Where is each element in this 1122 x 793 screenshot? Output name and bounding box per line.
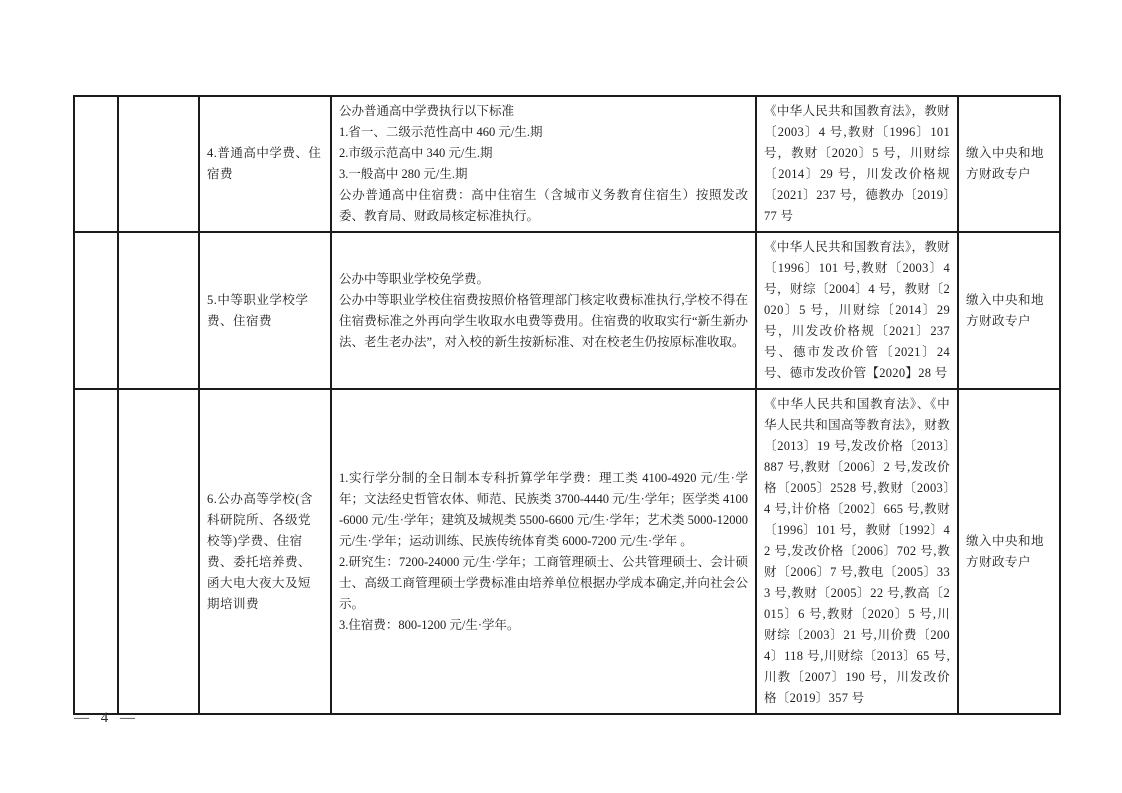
policy-basis-cell: 《中华人民共和国教育法》，教财〔1996〕101 号,教财〔2003〕4 号，财…	[756, 232, 958, 389]
fund-destination-text: 缴入中央和地方财政专户	[966, 531, 1052, 573]
fee-standards-table: 4.普通高中学费、住宿费 公办普通高中学费执行以下标准 1.省一、二级示范性高中…	[73, 95, 1061, 715]
fee-standard-line: 1.实行学分制的全日制本专科折算学年学费：理工类 4100-4920 元/生·学…	[339, 468, 748, 552]
fee-item-name: 6.公办高等学校(含科研院所、各级党校等)学费、住宿费、委托培养费、函大电大夜大…	[207, 489, 323, 615]
empty-cell	[74, 389, 118, 714]
fee-standard-cell: 1.实行学分制的全日制本专科折算学年学费：理工类 4100-4920 元/生·学…	[331, 389, 756, 714]
policy-basis-cell: 《中华人民共和国教育法》，教财〔2003〕4 号,教财〔1996〕101 号，教…	[756, 96, 958, 232]
fee-standard-line: 3.住宿费：800-1200 元/生·学年。	[339, 615, 748, 636]
table-row: 6.公办高等学校(含科研院所、各级党校等)学费、住宿费、委托培养费、函大电大夜大…	[74, 389, 1060, 714]
policy-basis-text: 《中华人民共和国教育法》、《中华人民共和国高等教育法》，财教〔2013〕19 号…	[764, 394, 950, 709]
fee-item-cell: 6.公办高等学校(含科研院所、各级党校等)学费、住宿费、委托培养费、函大电大夜大…	[199, 389, 331, 714]
fee-item-name: 4.普通高中学费、住宿费	[207, 143, 323, 185]
fund-destination-cell: 缴入中央和地方财政专户	[958, 389, 1060, 714]
table-row: 4.普通高中学费、住宿费 公办普通高中学费执行以下标准 1.省一、二级示范性高中…	[74, 96, 1060, 232]
fee-item-cell: 5.中等职业学校学费、住宿费	[199, 232, 331, 389]
fund-destination-text: 缴入中央和地方财政专户	[966, 290, 1052, 332]
empty-cell	[118, 96, 199, 232]
empty-cell	[118, 389, 199, 714]
fee-standard-line: 公办普通高中学费执行以下标准	[339, 101, 748, 122]
fee-item-cell: 4.普通高中学费、住宿费	[199, 96, 331, 232]
fee-standard-line: 公办中等职业学校住宿费按照价格管理部门核定收费标准执行,学校不得在住宿费标准之外…	[339, 290, 748, 353]
fund-destination-cell: 缴入中央和地方财政专户	[958, 232, 1060, 389]
fee-standard-line: 公办普通高中住宿费：高中住宿生（含城市义务教育住宿生）按照发改委、教育局、财政局…	[339, 185, 748, 227]
policy-basis-text: 《中华人民共和国教育法》，教财〔2003〕4 号,教财〔1996〕101 号，教…	[764, 101, 950, 227]
policy-basis-cell: 《中华人民共和国教育法》、《中华人民共和国高等教育法》，财教〔2013〕19 号…	[756, 389, 958, 714]
fee-standard-line: 2.市级示范高中 340 元/生.期	[339, 143, 748, 164]
page-number: — 4 —	[74, 710, 136, 727]
fund-destination-text: 缴入中央和地方财政专户	[966, 143, 1052, 185]
fee-standard-cell: 公办普通高中学费执行以下标准 1.省一、二级示范性高中 460 元/生.期 2.…	[331, 96, 756, 232]
table-row: 5.中等职业学校学费、住宿费 公办中等职业学校免学费。 公办中等职业学校住宿费按…	[74, 232, 1060, 389]
document-page: 4.普通高中学费、住宿费 公办普通高中学费执行以下标准 1.省一、二级示范性高中…	[0, 0, 1122, 793]
fee-standard-line: 1.省一、二级示范性高中 460 元/生.期	[339, 122, 748, 143]
fee-standard-cell: 公办中等职业学校免学费。 公办中等职业学校住宿费按照价格管理部门核定收费标准执行…	[331, 232, 756, 389]
fee-item-name: 5.中等职业学校学费、住宿费	[207, 290, 323, 332]
fee-standard-line: 公办中等职业学校免学费。	[339, 269, 748, 290]
fund-destination-cell: 缴入中央和地方财政专户	[958, 96, 1060, 232]
empty-cell	[74, 96, 118, 232]
policy-basis-text: 《中华人民共和国教育法》，教财〔1996〕101 号,教财〔2003〕4 号，财…	[764, 237, 950, 384]
empty-cell	[74, 232, 118, 389]
fee-standard-line: 2.研究生：7200-24000 元/生·学年；工商管理硕士、公共管理硕士、会计…	[339, 552, 748, 615]
fee-standard-line: 3.一般高中 280 元/生.期	[339, 164, 748, 185]
empty-cell	[118, 232, 199, 389]
